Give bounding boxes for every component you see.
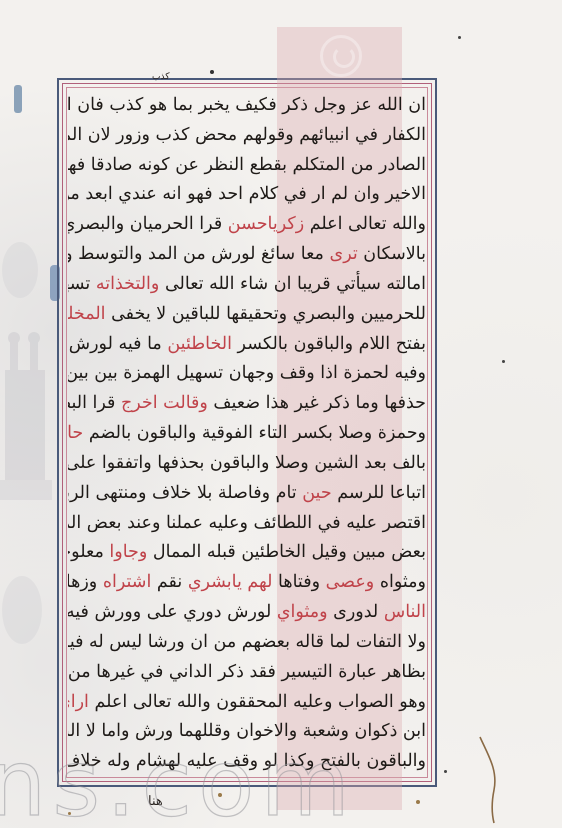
rubric-word: والتخذاته [96, 274, 160, 294]
manuscript-line: اتباعا للرسم حين تام وفاصلة بلا خلاف ومن… [68, 478, 426, 508]
text-segment: قرا البصري وعاصم [68, 393, 121, 413]
manuscript-line: امالته سيأتي قريبا ان شاء الله تعالى وال… [68, 269, 426, 299]
ink-dot [416, 800, 420, 804]
watermark-logo-icon [320, 35, 362, 77]
text-segment: تسهيل الهمزة الثانية [68, 274, 96, 294]
manuscript-line: ولا التفات لما قاله بعضهم من ان ورشا ليس… [68, 627, 426, 657]
text-segment: والله تعالى اعلم [304, 214, 426, 234]
text-segment: بفتح اللام والباقون بالكسر [232, 334, 426, 354]
text-segment: ما فيه لورش لا يخفى وتقدم [68, 334, 167, 354]
manuscript-line: الكفار في انبيائهم وقولهم محض كذب وزور ل… [68, 120, 426, 150]
ink-dot [444, 770, 447, 773]
margin-note: كذب [152, 72, 169, 82]
text-segment: نقم [151, 572, 188, 592]
text-segment: ولا التفات لما قاله بعضهم من ان ورشا ليس… [68, 632, 426, 652]
text-segment: وهو الصواب وعليه المحققون والله تعالى اع… [89, 692, 426, 712]
text-segment: وفيه لحمزة اذا وقف وجهان تسهيل الهمزة بي… [68, 363, 426, 383]
rubric-word: زكرياحسن [228, 214, 304, 234]
stray-thread [478, 735, 500, 825]
ink-dot [210, 70, 214, 74]
manuscript-line: ومثواه وعصى وفتاها لهم يابشري نقم اشتراه… [68, 567, 426, 597]
manuscript-line: والله تعالى اعلم زكرياحسن قرا الحرميان و… [68, 209, 426, 239]
manuscript-line: للحرميين والبصري وتحقيقها للباقين لا يخف… [68, 299, 426, 329]
rubric-word: المخلصين [68, 304, 106, 324]
rubric-word: حين [302, 483, 331, 503]
text-segment: للحرميين والبصري وتحقيقها للباقين لا يخف… [106, 304, 426, 324]
text-segment: حذفها وما ذكر غير هذا ضعيف [208, 393, 426, 413]
manuscript-line: وهو الصواب وعليه المحققون والله تعالى اع… [68, 687, 426, 717]
rubric-word: اراي [68, 692, 89, 712]
manuscript-line: الاخير وان لم ار في كلام احد فهو انه عند… [68, 179, 426, 209]
text-segment: امالته سيأتي قريبا ان شاء الله تعالى [159, 274, 426, 294]
manuscript-line: بفتح اللام والباقون بالكسر الخاطئين ما ف… [68, 329, 426, 359]
manuscript-line: اقتصر عليه في اللطائف وعليه عملنا وعند ب… [68, 508, 426, 538]
manuscript-line: بعض مبين وقيل الخاطئين قبله الممال وجاوا… [68, 537, 426, 567]
manuscript-line: وفيه لحمزة اذا وقف وجهان تسهيل الهمزة بي… [68, 358, 426, 388]
text-segment: وحمزة وصلا بكسر التاء الفوقية والباقون ب… [83, 423, 426, 443]
manuscript-line: بظاهر عبارة التيسير فقد ذكر الداني في غي… [68, 657, 426, 687]
text-segment: معلوجات [68, 542, 109, 562]
manuscript-line: وحمزة وصلا بكسر التاء الفوقية والباقون ب… [68, 418, 426, 448]
text-segment: بالف بعد الشين وصلا والباقون بحذفها واتف… [68, 453, 426, 473]
manuscript-line: الناس لدورى ومثواي لورش دوري على وورش في… [68, 597, 426, 627]
rubric-word: وجاوا [109, 542, 147, 562]
text-segment: اقتصر عليه في اللطائف وعليه عملنا وعند ب… [68, 513, 426, 533]
text-segment: لورش دوري على وورش فيه على اصله من الفتح… [68, 602, 277, 622]
ink-dot [458, 36, 461, 39]
manuscript-line: بالف بعد الشين وصلا والباقون بحذفها واتف… [68, 448, 426, 478]
ink-smudge [14, 85, 22, 113]
manuscript-line: ان الله عز وجل ذكر فكيف يخبر بما هو كذب … [68, 90, 426, 120]
rubric-word: الناس [378, 602, 426, 622]
text-segment: بالاسكان [358, 244, 426, 264]
text-segment: ان الله عز وجل ذكر فكيف يخبر بما هو كذب … [68, 95, 426, 115]
rubric-word: الخاطئين [167, 334, 232, 354]
text-segment: بظاهر عبارة التيسير فقد ذكر الداني في غي… [68, 662, 426, 682]
rubric-word: لهم يابشري [188, 572, 273, 592]
manuscript-line: الصادر من المتكلم بقطع النظر عن كونه صاد… [68, 150, 426, 180]
text-segment: ومثواه [374, 572, 426, 592]
site-watermark-text: ns.com [0, 738, 356, 828]
text-segment: الاخير وان لم ار في كلام احد فهو انه عند… [68, 184, 426, 204]
rubric-word: اشتراه [103, 572, 152, 592]
rubric-word: ترى [330, 244, 358, 264]
text-segment: اتباعا للرسم [332, 483, 426, 503]
manuscript-text: ان الله عز وجل ذكر فكيف يخبر بما هو كذب … [68, 90, 426, 776]
manuscript-line: بالاسكان ترى معا سائغ لورش من المد والتو… [68, 239, 426, 269]
text-segment: قرا الحرميان والبصري بفتح الياء والباقون [68, 214, 228, 234]
text-segment: وزهالهم وبصر [68, 572, 103, 592]
rubric-word: ومثواي [277, 602, 328, 622]
faded-mosque-ornament [0, 210, 52, 690]
text-segment: وفتاها [272, 572, 325, 592]
text-segment: بعض مبين وقيل الخاطئين قبله الممال [147, 542, 426, 562]
rubric-word: حاش لله [68, 423, 83, 443]
text-segment: لدورى [328, 602, 379, 622]
text-segment: معا سائغ لورش من المد والتوسط والقصر لا … [68, 244, 330, 264]
text-segment: الصادر من المتكلم بقطع النظر عن كونه صاد… [68, 155, 426, 175]
text-segment: الكفار في انبيائهم وقولهم محض كذب وزور ل… [68, 125, 426, 145]
ink-dot [502, 360, 505, 363]
rubric-word: وقالت اخرج [121, 393, 208, 413]
manuscript-line: حذفها وما ذكر غير هذا ضعيف وقالت اخرج قر… [68, 388, 426, 418]
text-segment: تام وفاصلة بلا خلاف ومنتهى الربع على ما [68, 483, 302, 503]
rubric-word: وعصى [326, 572, 375, 592]
